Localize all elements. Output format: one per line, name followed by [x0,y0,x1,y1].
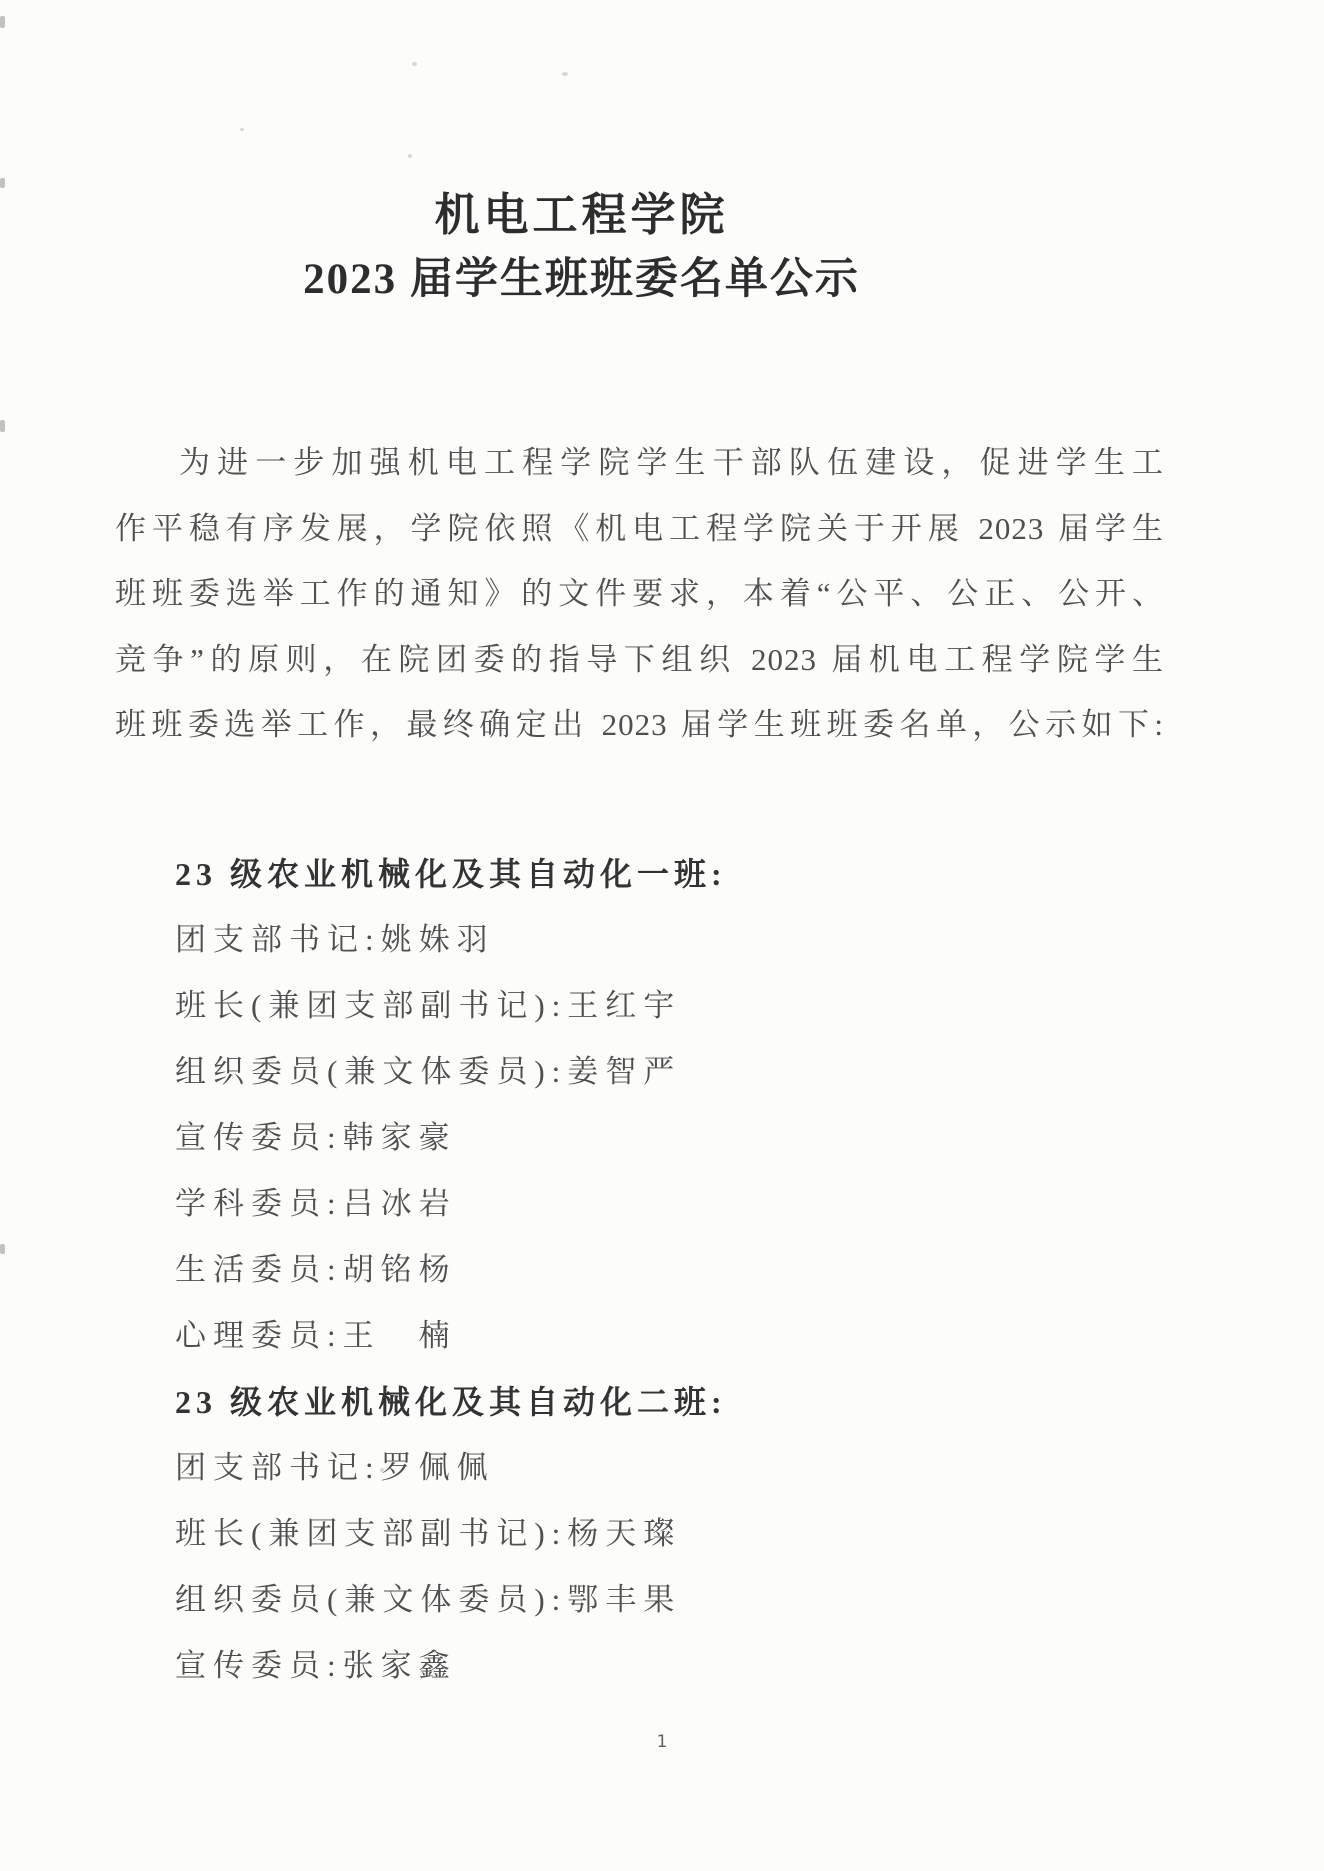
scan-speck [412,62,417,66]
scan-edge-mark [0,1244,5,1254]
page-content: 机电工程学院 2023 届学生班班委名单公示 为进一步加强机电工程学院学生干部队… [115,0,1164,1699]
scan-speck [408,154,412,158]
scan-speck [380,1468,384,1472]
roster-member: 组织委员(兼文体委员):鄂丰果 [175,1567,1164,1633]
intro-paragraph: 为进一步加强机电工程学院学生干部队伍建设，促进学生工 作平稳有序发展，学院依照《… [115,430,1164,758]
title-line-1: 机电工程学院 [57,186,1106,244]
scan-edge-mark [0,420,5,432]
roster-member: 宣传委员:韩家豪 [175,1105,1164,1171]
scan-edge-mark [0,16,5,28]
roster-member: 团支部书记:罗佩佩 [175,1435,1164,1501]
roster-member: 班长(兼团支部副书记):杨天璨 [175,1501,1164,1567]
scan-speck [240,128,244,131]
scanned-document-page: 机电工程学院 2023 届学生班班委名单公示 为进一步加强机电工程学院学生干部队… [0,0,1324,1871]
roster-member: 生活委员:胡铭杨 [175,1237,1164,1303]
scan-speck [562,72,568,76]
class-1-heading: 23 级农业机械化及其自动化一班: [175,841,1164,907]
title-line-2: 2023 届学生班班委名单公示 [57,252,1106,308]
document-title: 机电工程学院 2023 届学生班班委名单公示 [57,186,1106,308]
paragraph-line: 班班委选举工作，最终确定出 2023 届学生班班委名单，公示如下: [115,692,1164,758]
committee-roster: 23 级农业机械化及其自动化一班: 团支部书记:姚姝羽 班长(兼团支部副书记):… [115,841,1164,1699]
class-2-heading: 23 级农业机械化及其自动化二班: [175,1369,1164,1435]
roster-member: 团支部书记:姚姝羽 [175,907,1164,973]
roster-member: 组织委员(兼文体委员):姜智严 [175,1039,1164,1105]
paragraph-line: 作平稳有序发展，学院依照《机电工程学院关于开展 2023 届学生 [115,496,1164,562]
roster-member: 班长(兼团支部副书记):王红宇 [175,973,1164,1039]
paragraph-line: 班班委选举工作的通知》的文件要求，本着“公平、公正、公开、 [115,561,1164,627]
scan-edge-mark [0,178,5,188]
roster-member: 宣传委员:张家鑫 [175,1633,1164,1699]
page-number: 1 [0,1732,1324,1752]
roster-member: 心理委员:王 楠 [175,1303,1164,1369]
paragraph-line: 竞争”的原则，在院团委的指导下组织 2023 届机电工程学院学生 [115,627,1164,693]
paragraph-line: 为进一步加强机电工程学院学生干部队伍建设，促进学生工 [115,430,1164,496]
roster-member: 学科委员:吕冰岩 [175,1171,1164,1237]
